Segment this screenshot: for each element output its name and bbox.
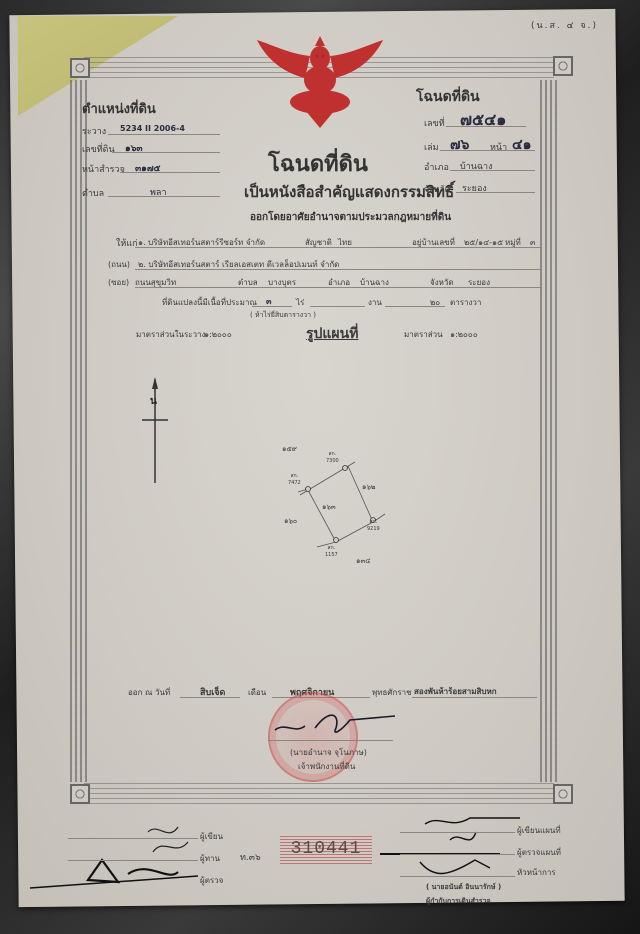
parcel-map	[260, 440, 460, 590]
book-label: เล่ม	[424, 140, 439, 154]
scale-left-label: มาตราส่วนในระวาง	[136, 328, 205, 341]
neighbor-top-left: ๑๕๙	[282, 444, 297, 455]
rai-label: ไร่	[296, 296, 304, 309]
document-subtitle: เป็นหนังสือสำคัญแสดงกรรมสิทธิ์	[244, 180, 454, 204]
north-label: น	[150, 394, 157, 409]
province-value: ระยอง	[462, 181, 487, 195]
ngan-label: งาน	[368, 296, 382, 309]
deed-number-label: เลขที่	[424, 116, 445, 130]
role-writer: ผู้เขียน	[200, 830, 223, 843]
role-map-writer: ผู้เขียนแผนที่	[517, 824, 561, 837]
rosette-icon	[553, 56, 573, 76]
scale-right-value: ๑:๒๐๐๐	[450, 328, 478, 341]
official-title: เจ้าพนักงานที่ดิน	[298, 760, 355, 773]
footer-left-signatures	[28, 812, 218, 897]
neighbor-right: ๑๖๒	[362, 482, 376, 493]
area-intro: ที่ดินแปลงนี้มีเนื้อที่ประมาณ	[162, 296, 257, 309]
road-label: (ถนน)	[108, 258, 130, 271]
role-inspector: ผู้ตรวจ	[200, 874, 223, 887]
wa-value: ๒๐	[430, 296, 440, 309]
official-name: (นายอำนาจ จุโนภาษ)	[290, 746, 367, 759]
deed-number-value: ๗๕๔๑	[460, 108, 506, 133]
land-no-label: เลขที่ดิน	[82, 142, 115, 156]
marker-7300: สก.7300	[326, 450, 339, 464]
rosette-icon	[70, 58, 90, 78]
survey-page-value: ๓๑๗๕	[135, 161, 160, 175]
form-number: (น.ส. ๔ จ.)	[531, 18, 598, 32]
neighbor-left: ๑๖๐	[284, 516, 297, 527]
parcel-number: ๑๖๓	[322, 502, 336, 513]
official-signature	[270, 706, 400, 738]
book-value: ๗๖	[450, 134, 469, 156]
map-heading: รูปแผนที่	[306, 323, 358, 345]
issue-day: สิบเจ็ด	[200, 685, 225, 699]
serial-number: 310441	[280, 834, 372, 864]
border-bottom	[84, 782, 554, 804]
rawang-label: ระวาง	[82, 124, 106, 138]
right-official-title: ผู้กำกับการเดินสำรวจ	[426, 896, 491, 907]
land-no-value: ๑๖๓	[125, 141, 143, 155]
rosette-icon	[553, 784, 573, 804]
marker-9219: สก.9219	[367, 518, 380, 532]
survey-page-label: หน้าสำรวจ	[82, 162, 125, 176]
document-title: โฉนดที่ดิน	[268, 146, 368, 181]
tambon-label: ตำบล	[82, 186, 104, 200]
rawang-value: 5234 II 2006-4	[120, 124, 185, 133]
north-arrow-icon	[140, 375, 170, 485]
wa-label: ตารางวา	[450, 296, 481, 309]
tambon-value: พลา	[150, 185, 167, 199]
issued-under-law: ออกโดยอาศัยอำนาจตามประมวลกฎหมายที่ดิน	[250, 210, 451, 225]
role-chief: หัวหน้าการ	[517, 866, 556, 879]
marker-7472: สก.7472	[288, 472, 301, 486]
garuda-emblem-icon	[255, 36, 385, 128]
issued-label: ออก ณ วันที่	[128, 686, 170, 699]
role-reviewer: ผู้ทาน	[200, 852, 220, 865]
scale-right-label: มาตราส่วน	[404, 328, 443, 341]
month-label: เดือน	[248, 686, 266, 699]
form-code: ท.๓๖	[240, 850, 261, 864]
amphoe-label: อำเภอ	[424, 160, 449, 174]
deed-heading: โฉนดที่ดิน	[416, 86, 480, 108]
rai-value: ๓	[266, 295, 271, 308]
footer-right-signatures	[380, 810, 530, 890]
right-official-name: ( นายอนันต์ อินนารักษ์ )	[426, 882, 501, 893]
scale-left-value: ๑:๒๐๐๐	[204, 328, 232, 341]
page-value: ๔๑	[512, 134, 531, 156]
rosette-icon	[70, 784, 90, 804]
location-heading: ตำแหน่งที่ดิน	[82, 98, 156, 119]
year-label: พุทธศักราช	[372, 686, 412, 699]
issue-year: สองพันห้าร้อยสามสิบหก	[414, 685, 497, 698]
neighbor-bottom: ๑๓๔	[356, 556, 371, 567]
area-in-words: ( ห้าไร่ยี่สิบตารางวา )	[250, 310, 316, 321]
amphoe-value: บ้านฉาง	[460, 159, 493, 173]
soi-label: (ซอย)	[108, 276, 129, 289]
role-map-inspector: ผู้ตรวจแผนที่	[517, 846, 561, 859]
page-label: หน้า	[490, 140, 507, 154]
border-right	[540, 80, 560, 782]
marker-1157: สก.1157	[325, 544, 338, 558]
